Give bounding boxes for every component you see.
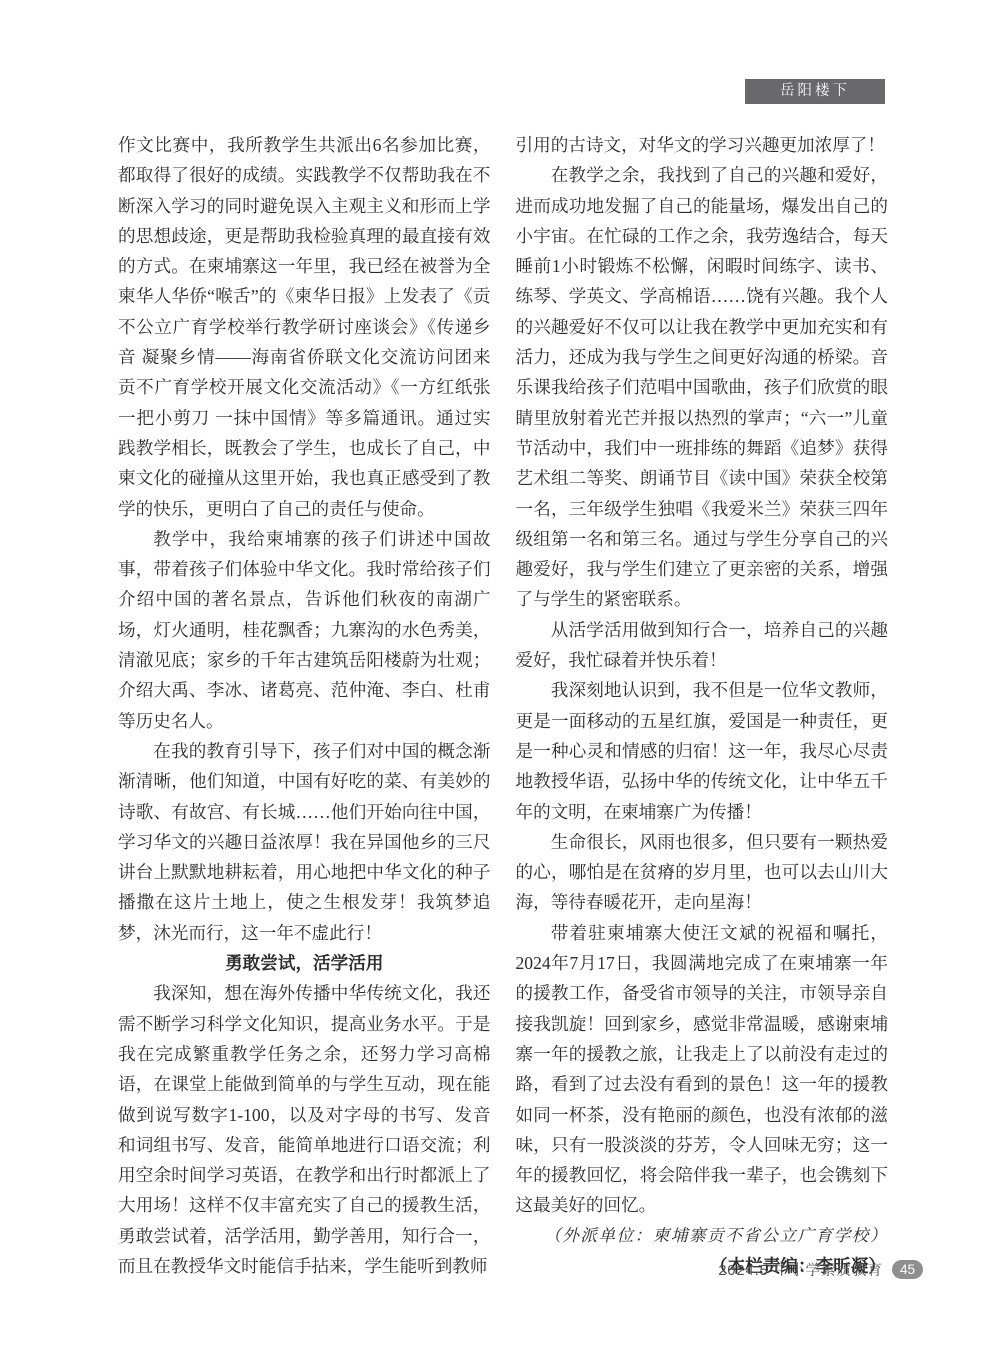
journal-page: 岳阳楼下 作文比赛中，我所教学生共派出6名参加比赛，都取得了很好的成绩。实践教学… [0, 0, 992, 1346]
page-number-badge: 45 [892, 1260, 923, 1279]
paragraph: 从活学活用做到知行合一，培养自己的兴趣爱好，我忙碌着并快乐着！ [516, 615, 889, 676]
paragraph: 在我的教育引导下，孩子们对中国的概念渐渐清晰，他们知道，中国有好吃的菜、有美妙的… [118, 736, 491, 948]
paragraph: 我深刻地认识到，我不但是一位华文教师，更是一面移动的五星红旗，爱国是一种责任，更… [516, 675, 889, 826]
right-column: 引用的古诗文，对华文的学习兴趣更加浓厚了！在教学之余，我找到了自己的兴趣和爱好，… [516, 130, 889, 1281]
paragraph: 带着驻柬埔寨大使汪文斌的祝福和嘱托，2024年7月17日，我圆满地完成了在柬埔寨… [516, 918, 889, 1221]
paragraph: 作文比赛中，我所教学生共派出6名参加比赛，都取得了很好的成绩。实践教学不仅帮助我… [118, 130, 491, 524]
paragraph: 在教学之余，我找到了自己的兴趣和爱好，进而成功地发掘了自己的能量场，爆发出自己的… [516, 160, 889, 614]
page-footer: 2024.5·中小学素质教育 45 [718, 1259, 923, 1280]
article-body: 作文比赛中，我所教学生共派出6名参加比赛，都取得了很好的成绩。实践教学不仅帮助我… [118, 130, 888, 1281]
section-heading: 勇敢尝试，活学活用 [118, 948, 491, 978]
attribution-line: （外派单位：柬埔寨贡不省公立广育学校） [516, 1221, 889, 1251]
paragraph: 教学中，我给柬埔寨的孩子们讲述中国故事，带着孩子们体验中华文化。我时常给孩子们介… [118, 524, 491, 736]
paragraph: 生命很长，风雨也很多，但只要有一颗热爱的心，哪怕是在贫瘠的岁月里，也可以去山川大… [516, 827, 889, 918]
column-header-badge: 岳阳楼下 [745, 79, 885, 104]
left-column: 作文比赛中，我所教学生共派出6名参加比赛，都取得了很好的成绩。实践教学不仅帮助我… [118, 130, 491, 1281]
issue-label: 2024.5·中小学素质教育 [718, 1259, 883, 1280]
paragraph: 我深知，想在海外传播中华传统文化，我还需不断学习科学文化知识，提高业务水平。于是… [118, 978, 491, 1281]
paragraph: 引用的古诗文，对华文的学习兴趣更加浓厚了！ [516, 130, 889, 160]
